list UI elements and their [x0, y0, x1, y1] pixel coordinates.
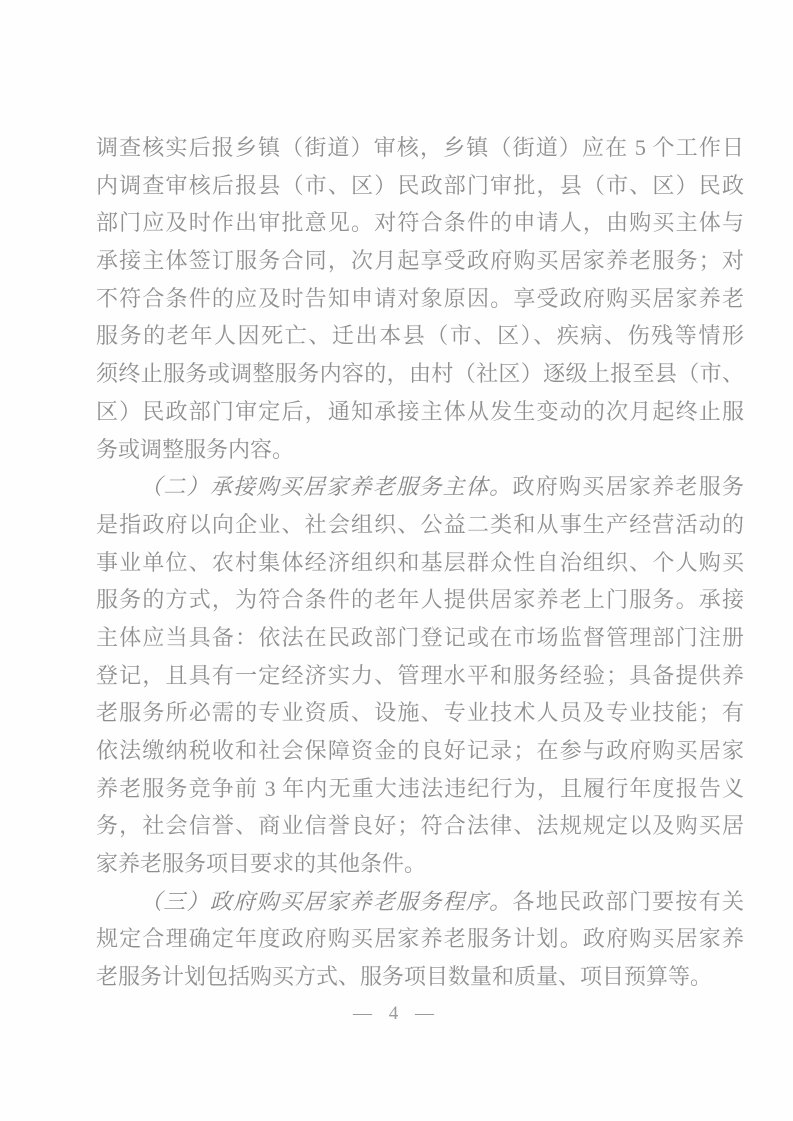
text-line: 服务的老年人因死亡、迁出本县（市、区）、疾病、伤残等情形 [96, 317, 744, 355]
text-line: 规定合理确定年度政府购买居家养老服务计划。政府购买居家养 [96, 920, 744, 958]
text-line: 务或调整服务内容。 [96, 431, 744, 469]
text-line: 务，社会信誉、商业信誉良好；符合法律、法规规定以及购买居 [96, 807, 744, 845]
text-line: 调查核实后报乡镇（街道）审核，乡镇（街道）应在 5 个工作日 [96, 129, 744, 167]
text-line: （二）承接购买居家养老服务主体。政府购买居家养老服务 [96, 468, 744, 506]
document-page: 调查核实后报乡镇（街道）审核，乡镇（街道）应在 5 个工作日内调查审核后报县（市… [0, 0, 793, 1121]
paragraph: 调查核实后报乡镇（街道）审核，乡镇（街道）应在 5 个工作日内调查审核后报县（市… [96, 129, 744, 468]
document-body: 调查核实后报乡镇（街道）审核，乡镇（街道）应在 5 个工作日内调查审核后报县（市… [96, 129, 744, 996]
text-line: 登记，且具有一定经济实力、管理水平和服务经验；具备提供养 [96, 657, 744, 695]
text-line: 须终止服务或调整服务内容的，由村（社区）逐级上报至县（市、 [96, 355, 744, 393]
text-line: 主体应当具备：依法在民政部门登记或在市场监督管理部门注册 [96, 619, 744, 657]
section-heading: （三）政府购买居家养老服务程序。 [140, 889, 512, 914]
text-line: 内调查审核后报县（市、区）民政部门审批，县（市、区）民政 [96, 167, 744, 205]
text-line: 老服务计划包括购买方式、服务项目数量和质量、项目预算等。 [96, 958, 744, 996]
text-line: （三）政府购买居家养老服务程序。各地民政部门要按有关 [96, 883, 744, 921]
text-line: 不符合条件的应及时告知申请对象原因。享受政府购买居家养老 [96, 280, 744, 318]
text-line: 养老服务竞争前 3 年内无重大违法违纪行为，且履行年度报告义 [96, 770, 744, 808]
text-line: 区）民政部门审定后，通知承接主体从发生变动的次月起终止服 [96, 393, 744, 431]
text-line: 部门应及时作出审批意见。对符合条件的申请人，由购买主体与 [96, 204, 744, 242]
page-number: — 4 — [0, 1001, 793, 1027]
text-line: 是指政府以向企业、社会组织、公益二类和从事生产经营活动的 [96, 506, 744, 544]
text-line: 依法缴纳税收和社会保障资金的良好记录；在参与政府购买居家 [96, 732, 744, 770]
text-line: 承接主体签订服务合同，次月起享受政府购买居家养老服务；对 [96, 242, 744, 280]
paragraph: （二）承接购买居家养老服务主体。政府购买居家养老服务是指政府以向企业、社会组织、… [96, 468, 744, 883]
section-heading: （二）承接购买居家养老服务主体。 [140, 474, 512, 499]
text-line: 老服务所必需的专业资质、设施、专业技术人员及专业技能；有 [96, 694, 744, 732]
text-line: 事业单位、农村集体经济组织和基层群众性自治组织、个人购买 [96, 544, 744, 582]
paragraph: （三）政府购买居家养老服务程序。各地民政部门要按有关规定合理确定年度政府购买居家… [96, 883, 744, 996]
text-line: 服务的方式，为符合条件的老年人提供居家养老上门服务。承接 [96, 581, 744, 619]
text-line: 家养老服务项目要求的其他条件。 [96, 845, 744, 883]
